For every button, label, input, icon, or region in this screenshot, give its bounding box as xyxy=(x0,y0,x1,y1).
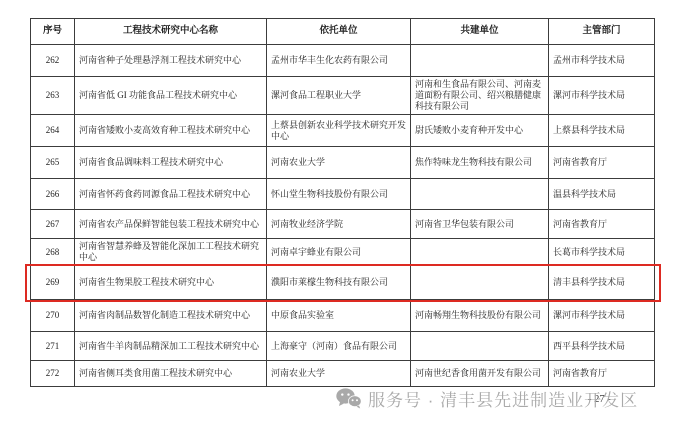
table-row: 263 河南省低 GI 功能食品工程技术研究中心 漯河食品工程职业大学 河南和生… xyxy=(31,77,655,115)
center-name: 河南省怀药食药同源食品工程技术研究中心 xyxy=(75,179,267,210)
table-row: 271 河南省牛羊肉制品精深加工工程技术研究中心 上海豪守（河南）食品有限公司 … xyxy=(31,332,655,361)
center-name: 河南省食品调味料工程技术研究中心 xyxy=(75,147,267,179)
competent-department: 上蔡县科学技术局 xyxy=(549,115,655,147)
watermark-text: 服务号 · 清丰县先进制造业开发区 xyxy=(368,386,638,411)
table-row: 262 河南省种子处理悬浮剂工程技术研究中心 孟州市华丰生化农药有限公司 孟州市… xyxy=(31,45,655,77)
row-number: 272 xyxy=(31,361,75,387)
supporting-unit: 上蔡县创新农业科学技术研究开发中心 xyxy=(267,115,411,147)
center-name: 河南省智慧养蜂及智能化深加工工程技术研究中心 xyxy=(75,239,267,266)
row-number: 265 xyxy=(31,147,75,179)
center-name: 河南省牛羊肉制品精深加工工程技术研究中心 xyxy=(75,332,267,361)
header-supporting-unit: 依托单位 xyxy=(267,19,411,45)
research-centers-table: 序号 工程技术研究中心名称 依托单位 共建单位 主管部门 262 河南省种子处理… xyxy=(30,18,655,387)
supporting-unit: 孟州市华丰生化农药有限公司 xyxy=(267,45,411,77)
co-construction-unit xyxy=(411,179,549,210)
row-number: 271 xyxy=(31,332,75,361)
co-construction-unit: 河南世纪香食用菌开发有限公司 xyxy=(411,361,549,387)
competent-department: 河南省教育厅 xyxy=(549,361,655,387)
competent-department: 孟州市科学技术局 xyxy=(549,45,655,77)
co-construction-unit xyxy=(411,266,549,300)
co-construction-unit: 河南省卫华包装有限公司 xyxy=(411,210,549,239)
center-name: 河南省低 GI 功能食品工程技术研究中心 xyxy=(75,77,267,115)
wechat-icon xyxy=(336,388,362,409)
center-name: 河南省农产品保鲜智能包装工程技术研究中心 xyxy=(75,210,267,239)
supporting-unit: 河南卓宇蜂业有限公司 xyxy=(267,239,411,266)
supporting-unit: 濮阳市莱檬生物科技有限公司 xyxy=(267,266,411,300)
co-construction-unit xyxy=(411,332,549,361)
center-name: 河南省侧耳类食用菌工程技术研究中心 xyxy=(75,361,267,387)
table-row: 272 河南省侧耳类食用菌工程技术研究中心 河南农业大学 河南世纪香食用菌开发有… xyxy=(31,361,655,387)
table-row-highlighted: 269 河南省生物果胶工程技术研究中心 濮阳市莱檬生物科技有限公司 清丰县科学技… xyxy=(31,266,655,300)
competent-department: 河南省教育厅 xyxy=(549,210,655,239)
header-competent-department: 主管部门 xyxy=(549,19,655,45)
competent-department: 西平县科学技术局 xyxy=(549,332,655,361)
header-center-name: 工程技术研究中心名称 xyxy=(75,19,267,45)
supporting-unit: 河南牧业经济学院 xyxy=(267,210,411,239)
co-construction-unit xyxy=(411,45,549,77)
table-row: 270 河南省肉制品数智化制造工程技术研究中心 中原食品实验室 河南畅翔生物科技… xyxy=(31,300,655,332)
supporting-unit: 怀山堂生物科技股份有限公司 xyxy=(267,179,411,210)
table-row: 267 河南省农产品保鲜智能包装工程技术研究中心 河南牧业经济学院 河南省卫华包… xyxy=(31,210,655,239)
row-number: 269 xyxy=(31,266,75,300)
row-number: 266 xyxy=(31,179,75,210)
header-serial-number: 序号 xyxy=(31,19,75,45)
table-row: 264 河南省矮败小麦高效育种工程技术研究中心 上蔡县创新农业科学技术研究开发中… xyxy=(31,115,655,147)
supporting-unit: 中原食品实验室 xyxy=(267,300,411,332)
co-construction-unit: 焦作特味龙生物科技有限公司 xyxy=(411,147,549,179)
supporting-unit: 上海豪守（河南）食品有限公司 xyxy=(267,332,411,361)
competent-department: 长葛市科学技术局 xyxy=(549,239,655,266)
supporting-unit: 河南农业大学 xyxy=(267,361,411,387)
table-row: 268 河南省智慧养蜂及智能化深加工工程技术研究中心 河南卓宇蜂业有限公司 长葛… xyxy=(31,239,655,266)
supporting-unit: 河南农业大学 xyxy=(267,147,411,179)
row-number: 262 xyxy=(31,45,75,77)
center-name: 河南省矮败小麦高效育种工程技术研究中心 xyxy=(75,115,267,147)
row-number: 267 xyxy=(31,210,75,239)
co-construction-unit xyxy=(411,239,549,266)
table-header-row: 序号 工程技术研究中心名称 依托单位 共建单位 主管部门 xyxy=(31,19,655,45)
header-co-construction-unit: 共建单位 xyxy=(411,19,549,45)
table-row: 266 河南省怀药食药同源食品工程技术研究中心 怀山堂生物科技股份有限公司 温县… xyxy=(31,179,655,210)
competent-department: 漯河市科学技术局 xyxy=(549,77,655,115)
document-page: 序号 工程技术研究中心名称 依托单位 共建单位 主管部门 262 河南省种子处理… xyxy=(0,0,680,423)
co-construction-unit: 河南畅翔生物科技股份有限公司 xyxy=(411,300,549,332)
competent-department: 漯河市科学技术局 xyxy=(549,300,655,332)
watermark: 服务号 · 清丰县先进制造业开发区 xyxy=(336,386,638,411)
center-name: 河南省种子处理悬浮剂工程技术研究中心 xyxy=(75,45,267,77)
center-name: 河南省生物果胶工程技术研究中心 xyxy=(75,266,267,300)
competent-department: 清丰县科学技术局 xyxy=(549,266,655,300)
row-number: 264 xyxy=(31,115,75,147)
row-number: 270 xyxy=(31,300,75,332)
supporting-unit: 漯河食品工程职业大学 xyxy=(267,77,411,115)
co-construction-unit: 河南和生食品有限公司、河南麦道面粉有限公司、绍兴粮膳健康科技有限公司 xyxy=(411,77,549,115)
row-number: 263 xyxy=(31,77,75,115)
competent-department: 温县科学技术局 xyxy=(549,179,655,210)
competent-department: 河南省教育厅 xyxy=(549,147,655,179)
table-row: 265 河南省食品调味料工程技术研究中心 河南农业大学 焦作特味龙生物科技有限公… xyxy=(31,147,655,179)
row-number: 268 xyxy=(31,239,75,266)
co-construction-unit: 尉氏矮败小麦育种开发中心 xyxy=(411,115,549,147)
center-name: 河南省肉制品数智化制造工程技术研究中心 xyxy=(75,300,267,332)
